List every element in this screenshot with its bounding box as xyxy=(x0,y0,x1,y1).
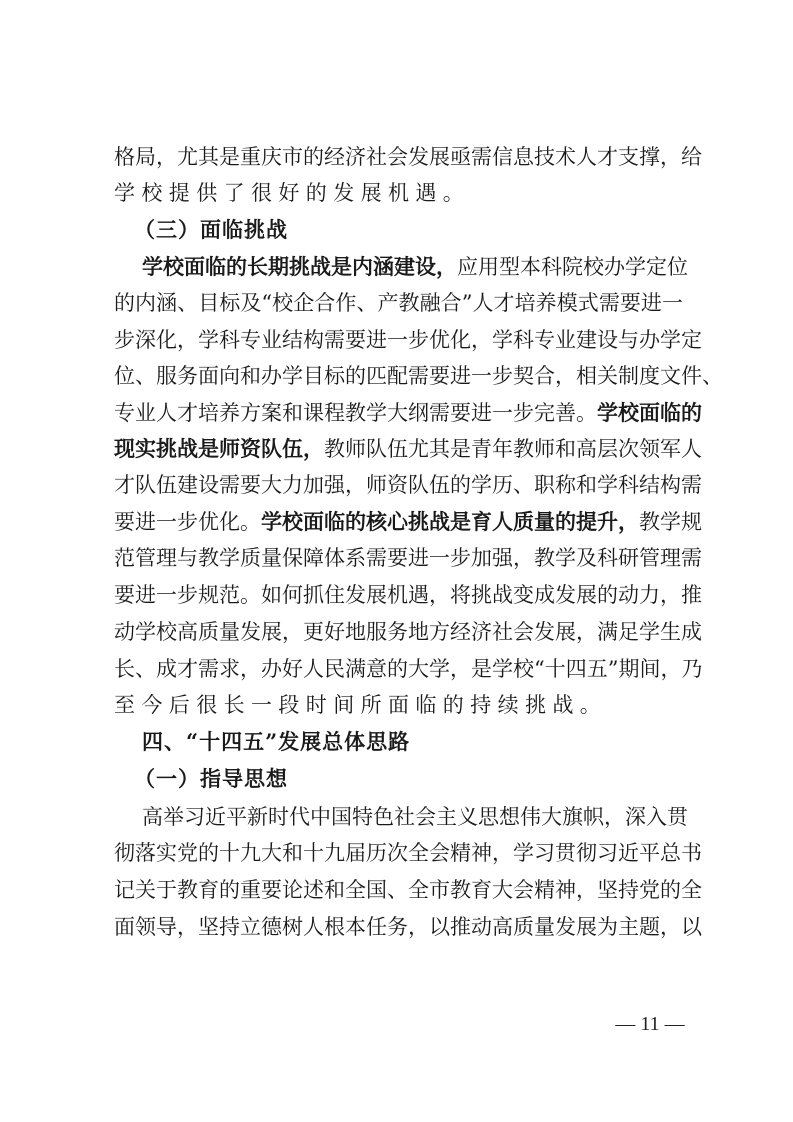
bold-text-run: 学校面临的核心挑战是育人质量的提升， xyxy=(261,509,639,534)
bold-text-run: 学校面临的长期挑战是内涵建设， xyxy=(142,254,457,279)
body-line: 范管理与教学质量保障体系需要进一步加强，教学及科研管理需 xyxy=(114,543,683,573)
body-line: 彻落实党的十九大和十九届历次全会精神，学习贯彻习近平总书 xyxy=(114,838,683,868)
body-line: 才队伍建设需要大力加强，师资队伍的学历、职称和学科结构需 xyxy=(114,470,683,500)
body-line: 的内涵、目标及“校企合作、产教融合”人才培养模式需要进一 xyxy=(114,288,683,318)
body-line: 步深化，学科专业结构需要进一步优化，学科专业建设与办学定 xyxy=(114,325,683,355)
body-line: 学校提供了很好的发展机遇。 xyxy=(114,178,683,208)
body-line: 面领导，坚持立德树人根本任务，以推动高质量发展为主题，以 xyxy=(114,912,683,942)
body-line: 高举习近平新时代中国特色社会主义思想伟大旗帜，深入贯 xyxy=(142,802,683,832)
bold-text-run: 学校面临的 xyxy=(597,400,702,425)
section-subheading: （三）面临挑战 xyxy=(134,215,703,245)
text-run: 记关于教育的重要论述和全国、全市教育大会精神，坚持党的全 xyxy=(114,878,702,902)
body-line: 格局，尤其是重庆市的经济社会发展亟需信息技术人才支撑，给 xyxy=(114,142,683,172)
text-run: 步深化，学科专业结构需要进一步优化，学科专业建设与办学定 xyxy=(114,328,702,352)
text-run: 高举习近平新时代中国特色社会主义思想伟大旗帜，深入贯 xyxy=(142,805,688,829)
text-run: 要进一步规范。如何抓住发展机遇，将挑战变成发展的动力，推 xyxy=(114,583,702,607)
body-line: 专业人才培养方案和课程教学大纲需要进一步完善。学校面临的 xyxy=(114,398,683,428)
text-run: 教师队伍尤其是青年教师和高层次领军人 xyxy=(324,437,702,461)
body-line: 现实挑战是师资队伍，教师队伍尤其是青年教师和高层次领军人 xyxy=(114,434,683,464)
heading-text: 四、“十四五”发展总体思路 xyxy=(142,729,410,754)
text-run: 位、服务面向和办学目标的匹配需要进一步契合，相关制度文件、 xyxy=(114,364,723,388)
body-line: 位、服务面向和办学目标的匹配需要进一步契合，相关制度文件、 xyxy=(114,361,683,391)
text-run: 的内涵、目标及“校企合作、产教融合”人才培养模式需要进一 xyxy=(114,291,683,315)
body-line: 至今后很长一段时间所面临的持续挑战。 xyxy=(114,690,683,720)
body-line: 要进一步规范。如何抓住发展机遇，将挑战变成发展的动力，推 xyxy=(114,580,683,610)
body-line: 动学校高质量发展，更好地服务地方经济社会发展，满足学生成 xyxy=(114,617,683,647)
text-run: 教学规 xyxy=(639,510,702,534)
body-line: 学校面临的长期挑战是内涵建设，应用型本科院校办学定位 xyxy=(142,252,683,282)
section-heading: 四、“十四五”发展总体思路 xyxy=(142,727,711,757)
text-run: 彻落实党的十九大和十九届历次全会精神，学习贯彻习近平总书 xyxy=(114,841,702,865)
body-line: 记关于教育的重要论述和全国、全市教育大会精神，坚持党的全 xyxy=(114,875,683,905)
text-run: 要进一步优化。 xyxy=(114,510,261,534)
text-run: 长、成才需求，办好人民满意的大学，是学校“十四五”期间，乃 xyxy=(114,657,702,681)
subheading-text: （一）指导思想 xyxy=(134,766,288,791)
text-run: 面领导，坚持立德树人根本任务，以推动高质量发展为主题，以 xyxy=(114,915,702,939)
page-number: — 11 — xyxy=(600,1012,700,1036)
subheading-text: （三）面临挑战 xyxy=(134,217,288,242)
body-line: 要进一步优化。学校面临的核心挑战是育人质量的提升，教学规 xyxy=(114,507,683,537)
text-run: 动学校高质量发展，更好地服务地方经济社会发展，满足学生成 xyxy=(114,620,702,644)
text-run: 格局，尤其是重庆市的经济社会发展亟需信息技术人才支撑，给 xyxy=(114,145,702,169)
section-subheading: （一）指导思想 xyxy=(134,764,703,794)
body-line: 长、成才需求，办好人民满意的大学，是学校“十四五”期间，乃 xyxy=(114,654,683,684)
text-run: 专业人才培养方案和课程教学大纲需要进一步完善。 xyxy=(114,401,597,425)
bold-text-run: 现实挑战是师资队伍， xyxy=(114,436,324,461)
text-run: 学校提供了很好的发展机遇。 xyxy=(114,181,470,205)
text-run: 应用型本科院校办学定位 xyxy=(457,255,688,279)
text-run: 至今后很长一段时间所面临的持续挑战。 xyxy=(114,693,607,717)
text-run: 才队伍建设需要大力加强，师资队伍的学历、职称和学科结构需 xyxy=(114,473,702,497)
text-run: 范管理与教学质量保障体系需要进一步加强，教学及科研管理需 xyxy=(114,546,702,570)
